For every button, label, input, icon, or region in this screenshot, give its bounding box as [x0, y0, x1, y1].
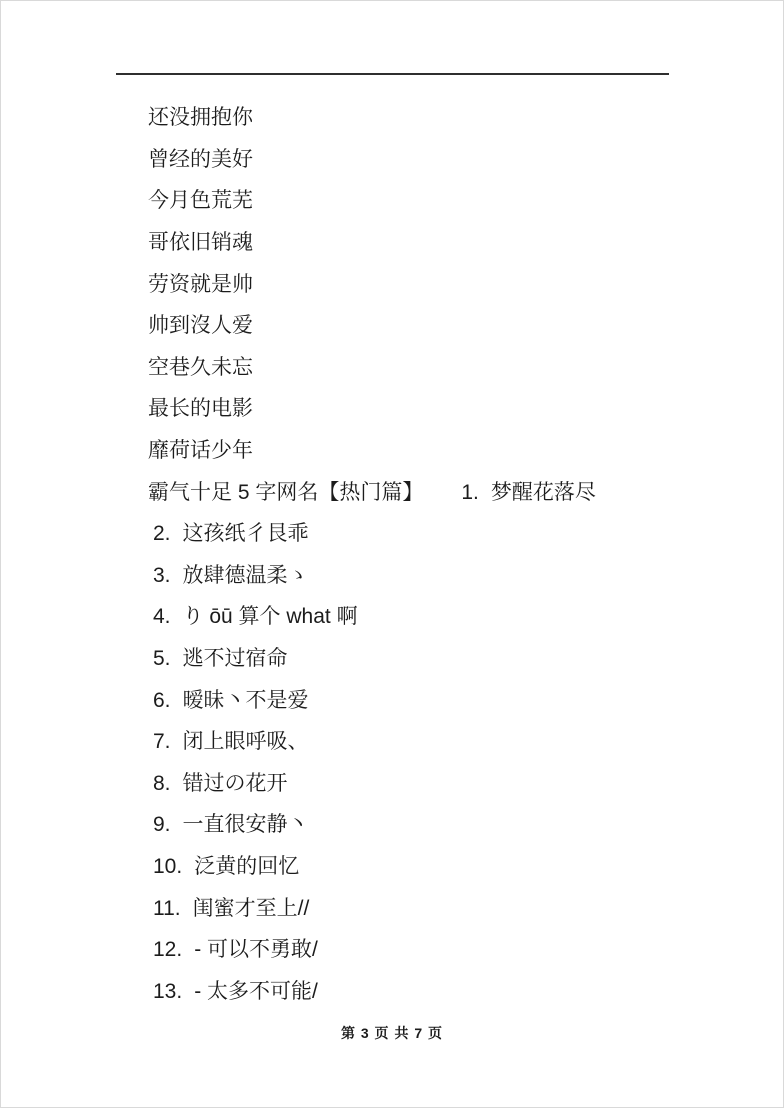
list-item-number: 9.	[153, 814, 171, 835]
list-item-number: 6.	[153, 690, 171, 711]
text-line: 最长的电影	[148, 388, 723, 430]
text-line: 帅到沒人爱	[148, 305, 723, 347]
text-line-label: 空巷久未忘	[148, 357, 253, 378]
text-line: 曾经的美好	[148, 139, 723, 181]
section-heading-row: 霸气十足 5 字网名【热门篇】 1. 梦醒花落尽	[148, 471, 723, 513]
list-item: 7. 闭上眼呼吸、	[148, 721, 723, 763]
list-item: 6. 暧昧丶不是爱	[148, 679, 723, 721]
list-item-text: - 太多不可能/	[194, 981, 318, 1002]
text-line: 靡荷话少年	[148, 430, 723, 472]
list-item-text: 一直很安静丶	[183, 814, 309, 835]
list-item-number: 11.	[153, 898, 181, 919]
list-item: 13. - 太多不可能/	[148, 970, 723, 1012]
list-item-text: 泛黄的回忆	[194, 856, 299, 877]
list-item: 3. 放肆德温柔ゝ	[148, 555, 723, 597]
text-line-label: 哥依旧销魂	[148, 232, 253, 253]
list-item-number: 5.	[153, 648, 171, 669]
list-item-text: 闭上眼呼吸、	[183, 731, 309, 752]
text-line-label: 最长的电影	[148, 398, 253, 419]
text-line: 劳资就是帅	[148, 263, 723, 305]
list-item-number: 12.	[153, 939, 182, 960]
list-item-number: 7.	[153, 731, 171, 752]
list-item-text: り ōū 算个 what 啊	[183, 606, 358, 627]
text-line-label: 还没拥抱你	[148, 107, 253, 128]
page-footer: 第 3 页 共 7 页	[1, 1023, 783, 1043]
list-item: 11. 闺蜜才至上//	[148, 887, 723, 929]
list-item-number: 4.	[153, 606, 171, 627]
list-item-text: - 可以不勇敢/	[194, 939, 318, 960]
header-rule	[116, 73, 669, 75]
list-item-number: 2.	[153, 523, 171, 544]
list-item-number: 10.	[153, 856, 182, 877]
list-item-number: 1.	[461, 482, 479, 503]
document-body: 还没拥抱你 曾经的美好 今月色荒芜 哥依旧销魂 劳资就是帅 帅到沒人爱 空巷久未…	[148, 97, 723, 1012]
list-item-text: 放肆德温柔ゝ	[183, 565, 309, 586]
text-line-label: 劳资就是帅	[148, 274, 253, 295]
text-line-label: 帅到沒人爱	[148, 315, 253, 336]
text-line-label: 靡荷话少年	[148, 440, 253, 461]
document-page: 还没拥抱你 曾经的美好 今月色荒芜 哥依旧销魂 劳资就是帅 帅到沒人爱 空巷久未…	[0, 0, 784, 1108]
list-item-text: 逃不过宿命	[183, 648, 288, 669]
list-item: 5. 逃不过宿命	[148, 638, 723, 680]
list-item-number: 3.	[153, 565, 171, 586]
list-item-text: 错过の花开	[183, 773, 288, 794]
text-line: 今月色荒芜	[148, 180, 723, 222]
text-line-label: 今月色荒芜	[148, 190, 253, 211]
page-number-label: 第 3 页 共 7 页	[341, 1025, 443, 1041]
list-item-text: 闺蜜才至上//	[193, 898, 310, 919]
text-line: 还没拥抱你	[148, 97, 723, 139]
list-item: 4. り ōū 算个 what 啊	[148, 596, 723, 638]
list-item: 1. 梦醒花落尽	[461, 482, 596, 503]
section-heading: 霸气十足 5 字网名【热门篇】	[148, 482, 423, 503]
list-item: 8. 错过の花开	[148, 763, 723, 805]
list-item: 10. 泛黄的回忆	[148, 846, 723, 888]
list-item-text: 暧昧丶不是爱	[183, 690, 309, 711]
list-item-number: 13.	[153, 981, 182, 1002]
list-item: 2. 这孩纸彳艮乖	[148, 513, 723, 555]
list-item: 12. - 可以不勇敢/	[148, 929, 723, 971]
text-line-label: 曾经的美好	[148, 149, 253, 170]
text-line: 空巷久未忘	[148, 347, 723, 389]
list-item-text: 梦醒花落尽	[491, 482, 596, 503]
list-item-number: 8.	[153, 773, 171, 794]
list-item: 9. 一直很安静丶	[148, 804, 723, 846]
text-line: 哥依旧销魂	[148, 222, 723, 264]
list-item-text: 这孩纸彳艮乖	[183, 523, 309, 544]
